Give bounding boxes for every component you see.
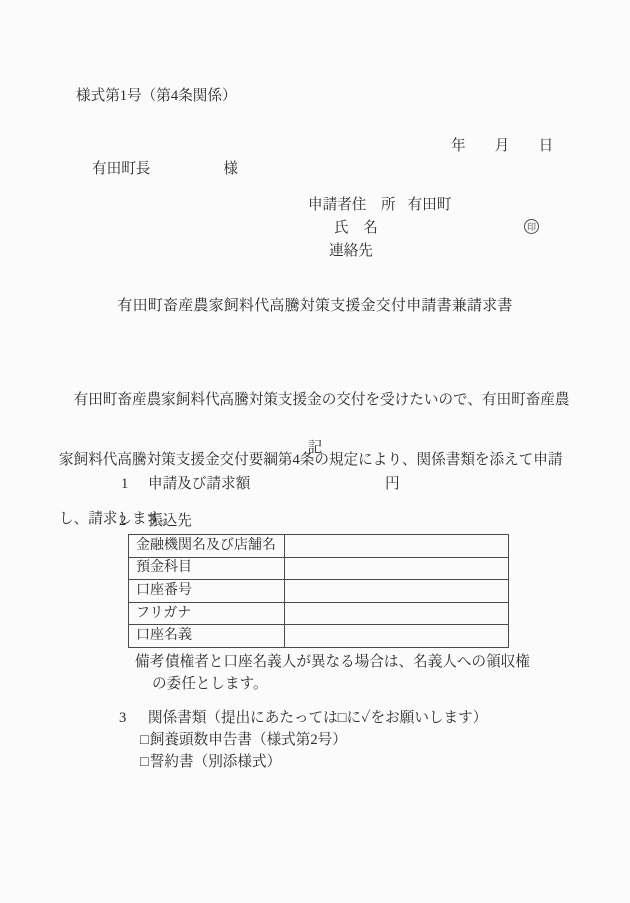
applicant-name-label: 氏 名 xyxy=(334,219,378,237)
applicant-address-value: 有田町 xyxy=(408,197,452,213)
checkbox-row-declaration: □飼養頭数申告書（様式第2号） xyxy=(140,731,347,749)
checkbox-icon[interactable]: □ xyxy=(140,732,149,748)
item1-label: 申請及び請求額 xyxy=(148,475,250,493)
table-row: 口座名義 xyxy=(129,625,509,648)
account-type-value-cell[interactable] xyxy=(285,557,509,580)
table-row: 口座番号 xyxy=(129,580,509,603)
date-line: 年 月 日 xyxy=(451,137,553,155)
body-paragraph-line: し、請求します。 xyxy=(59,508,579,531)
record-mark: 記 xyxy=(0,436,630,457)
seal-mark-icon: 印 xyxy=(524,219,539,234)
account-type-label: 預金科目 xyxy=(129,557,285,580)
furigana-value-cell[interactable] xyxy=(285,602,509,625)
document-title: 有田町畜産農家飼料代高騰対策支援金交付申請書兼請求書 xyxy=(0,294,630,315)
bank-transfer-table: 金融機関名及び店舗名 預金科目 口座番号 フリガナ 口座名義 xyxy=(128,534,509,648)
body-paragraph-line: 有田町畜産農家飼料代高騰対策支援金の交付を受けたいので、有田町畜産農 xyxy=(59,389,579,412)
item1-currency-unit: 円 xyxy=(385,475,400,493)
applicant-address-line: 申請者住 所有田町 xyxy=(308,196,451,214)
addressee-line: 有田町長様 xyxy=(92,160,238,178)
remarks-label: 備考 xyxy=(135,653,164,671)
bank-name-label: 金融機関名及び店舗名 xyxy=(129,535,285,558)
checkbox-row-pledge: □誓約書（別添様式） xyxy=(140,753,281,771)
item1-number: 1 xyxy=(121,475,128,493)
bank-name-value-cell[interactable] xyxy=(285,535,509,558)
table-row: フリガナ xyxy=(129,602,509,625)
table-row: 金融機関名及び店舗名 xyxy=(129,535,509,558)
item2-label: 振込先 xyxy=(148,512,192,530)
table-row: 預金科目 xyxy=(129,557,509,580)
applicant-address-label: 申請者住 所 xyxy=(308,197,396,213)
account-holder-label: 口座名義 xyxy=(129,625,285,648)
item2-number: 2 xyxy=(119,512,126,530)
remarks-text-line: 債権者と口座名義人が異なる場合は、名義人への領収権 xyxy=(165,653,530,671)
account-number-label: 口座番号 xyxy=(129,580,285,603)
item3-label: 関係書類（提出にあたっては□に✓をお願いします） xyxy=(148,709,487,727)
form-number: 様式第1号（第4条関係） xyxy=(76,87,237,105)
checkbox-label: 飼養頭数申告書（様式第2号） xyxy=(150,732,347,748)
item3-number: 3 xyxy=(119,709,126,727)
furigana-label: フリガナ xyxy=(129,602,285,625)
addressee-honorific: 様 xyxy=(223,161,238,177)
applicant-contact-label: 連絡先 xyxy=(329,242,373,260)
remarks-text-line: の委任とします。 xyxy=(152,675,268,693)
account-number-value-cell[interactable] xyxy=(285,580,509,603)
application-form-page: 様式第1号（第4条関係） 年 月 日 有田町長様 申請者住 所有田町 氏 名 印… xyxy=(0,0,630,903)
addressee-name: 有田町長 xyxy=(92,161,150,177)
checkbox-label: 誓約書（別添様式） xyxy=(150,754,281,770)
checkbox-icon[interactable]: □ xyxy=(140,754,149,770)
account-holder-value-cell[interactable] xyxy=(285,625,509,648)
